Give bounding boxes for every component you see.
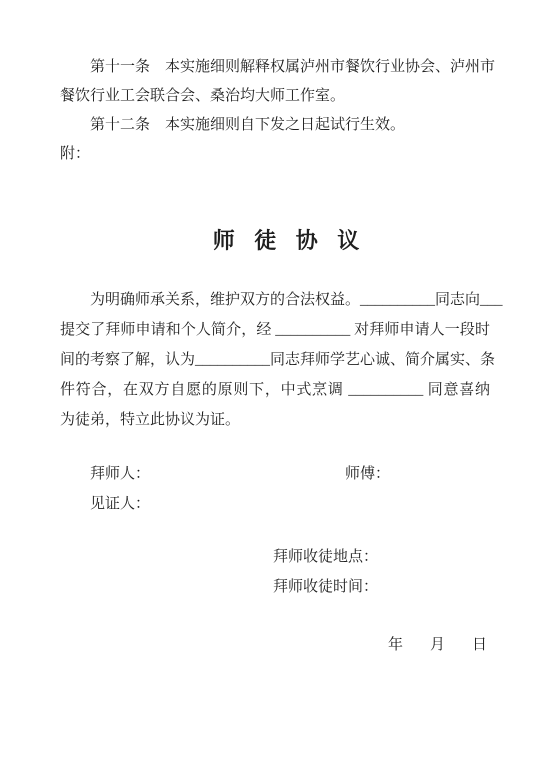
ceremony-info-block: 拜师收徒地点： 拜师收徒时间：	[273, 542, 378, 602]
agreement-body-line-1: 为明确师承关系，维护双方的合法权益。__________同志向___	[60, 285, 490, 315]
clause-eleven-line-1: 第十一条 本实施细则解释权属泸州市餐饮行业协会、泸州市	[60, 53, 490, 82]
clause-twelve: 第十二条 本实施细则自下发之日起试行生效。	[60, 111, 490, 140]
date-line: 年 月 日	[388, 630, 493, 660]
ceremony-time-label: 拜师收徒时间：	[273, 572, 378, 602]
agreement-title: 师 徒 协 议	[72, 224, 502, 258]
document-page: 第十一条 本实施细则解释权属泸州市餐饮行业协会、泸州市 餐饮行业工会联合会、桑治…	[0, 0, 550, 777]
ceremony-location-label: 拜师收徒地点：	[273, 542, 378, 572]
agreement-body-line-3: 间的考察了解，认为__________同志拜师学艺心诚、简介属实、条	[60, 345, 490, 375]
clause-eleven-line-2: 餐饮行业工会联合会、桑治均大师工作室。	[60, 82, 490, 111]
master-signature-label: 师傅：	[345, 459, 390, 489]
attachment-label: 附：	[60, 140, 490, 169]
witness-signature-label: 见证人：	[90, 489, 150, 519]
apprentice-signature-label: 拜师人：	[90, 459, 150, 489]
agreement-body-line-4: 件符合，在双方自愿的原则下，中式烹调 __________ 同意喜纳	[60, 375, 490, 405]
agreement-body: 为明确师承关系，维护双方的合法权益。__________同志向___ 提交了拜师…	[60, 285, 490, 435]
preamble-section: 第十一条 本实施细则解释权属泸州市餐饮行业协会、泸州市 餐饮行业工会联合会、桑治…	[60, 53, 490, 169]
agreement-body-line-2: 提交了拜师申请和个人简介，经 __________ 对拜师申请人一段时	[60, 315, 490, 345]
agreement-body-line-5: 为徒弟，特立此协议为证。	[60, 405, 490, 435]
